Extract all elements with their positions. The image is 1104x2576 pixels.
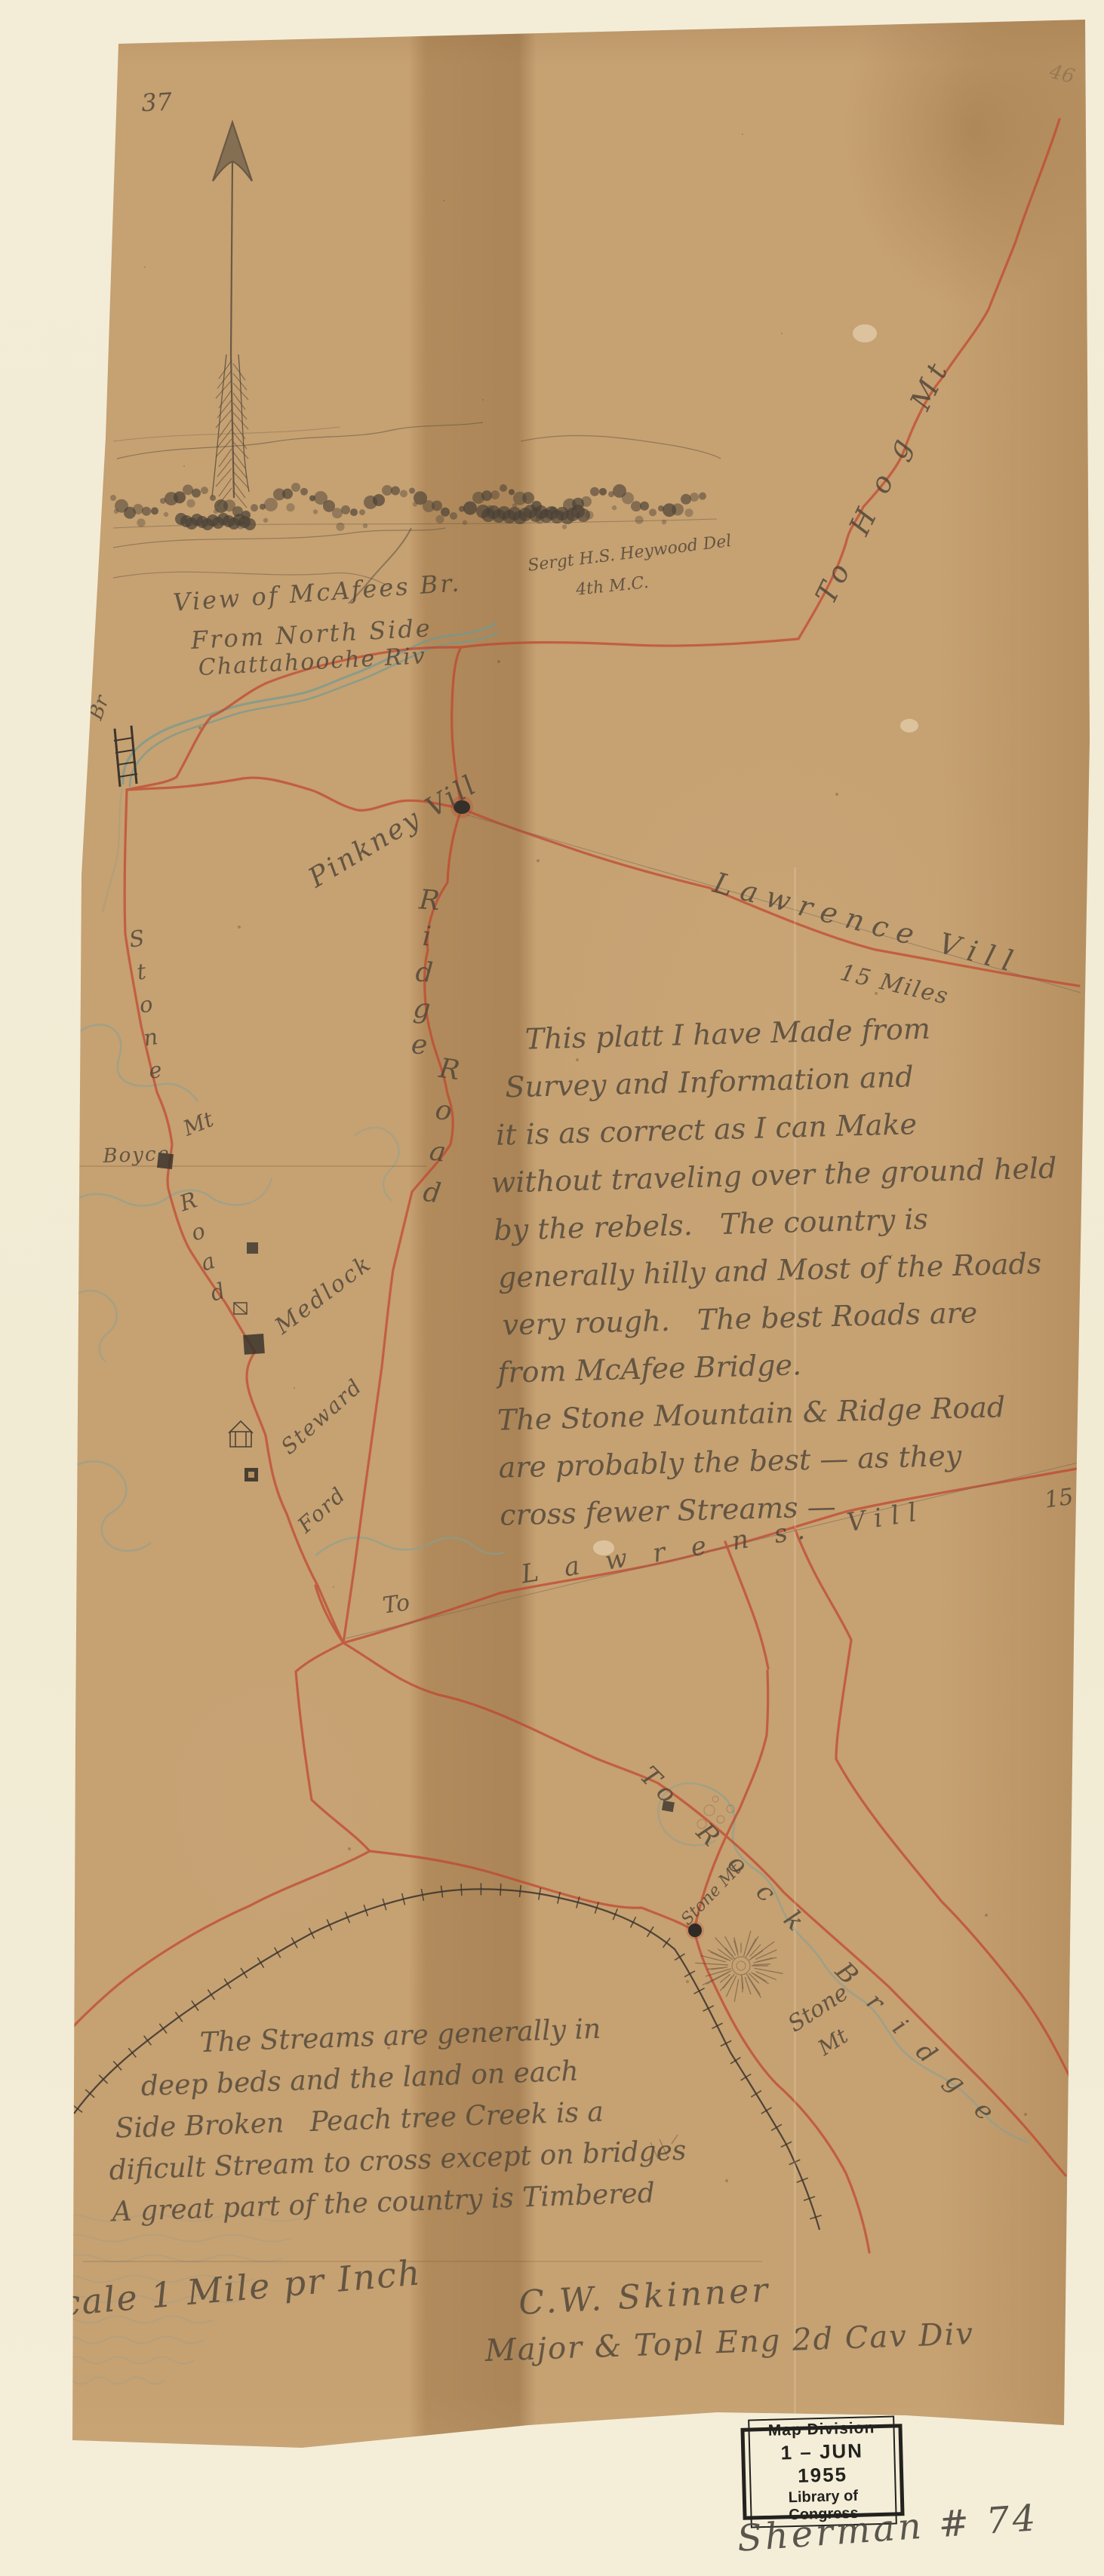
road-ridge bbox=[343, 809, 462, 1643]
stone-mountain-symbol bbox=[732, 1957, 750, 1975]
stamp-line1: Map Division bbox=[754, 2419, 889, 2441]
medlock-house-symbol bbox=[243, 1334, 265, 1355]
road-town-north-upper bbox=[725, 1542, 768, 1669]
bridge-symbol bbox=[114, 726, 137, 787]
road-junction-link bbox=[296, 1643, 370, 1851]
steward-house-symbol bbox=[244, 1468, 258, 1481]
map-sheet: 37 46 View of McAfees Br. From North Sid… bbox=[0, 0, 1104, 2576]
scanned-map-page: 37 46 View of McAfees Br. From North Sid… bbox=[0, 0, 1104, 2576]
road-to-stone-mt-town bbox=[370, 1851, 694, 1931]
house-outline-symbol bbox=[234, 1303, 247, 1314]
label-boyce: Boyce bbox=[103, 1143, 171, 1168]
house-symbol bbox=[247, 1242, 258, 1254]
surveyor-note-upper: This platt I have Made from Survey and I… bbox=[487, 1002, 1089, 1540]
north-arrow bbox=[212, 122, 252, 498]
roofed-house-symbol bbox=[229, 1421, 253, 1447]
road-to-hog-mt bbox=[452, 119, 1059, 809]
stone-mountain-hachures bbox=[695, 1931, 783, 2002]
stamp-date: 1 – JUN 1955 bbox=[755, 2439, 890, 2489]
label-to: To bbox=[381, 1589, 411, 1620]
library-of-congress-stamp: Map Division 1 – JUN 1955 Library of Con… bbox=[740, 2424, 904, 2520]
surveyor-note-lower: The Streams are generally in deep beds a… bbox=[95, 2007, 645, 2234]
sheet-number: 37 bbox=[140, 87, 173, 118]
